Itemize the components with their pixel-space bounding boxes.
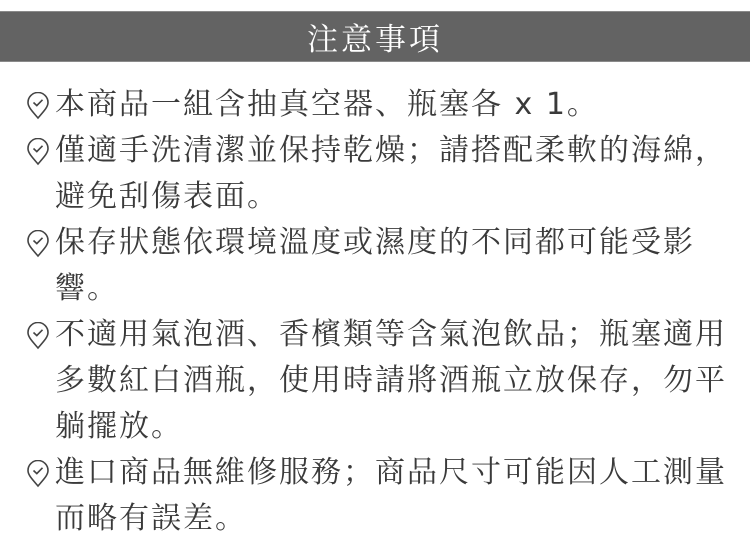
notes-list: 本商品一組含抽真空器、瓶塞各 x 1。 僅適手洗清潔並保持乾燥；請搭配柔軟的海綿…: [0, 82, 750, 542]
note-item: 不適用氣泡酒、香檳類等含氣泡飲品；瓶塞適用多數紅白酒瓶，使用時請將酒瓶立放保存，…: [0, 312, 735, 450]
map-pin-check-icon: [25, 138, 51, 166]
note-item: 僅適手洗清潔並保持乾燥；請搭配柔軟的海綿，避免刮傷表面。: [0, 128, 735, 220]
map-pin-check-icon: [25, 322, 51, 350]
header-bar: 注意事項: [0, 11, 750, 62]
note-text: 不適用氣泡酒、香檳類等含氣泡飲品；瓶塞適用多數紅白酒瓶，使用時請將酒瓶立放保存，…: [55, 317, 727, 444]
note-text: 本商品一組含抽真空器、瓶塞各 x 1。: [55, 87, 599, 122]
note-item: 保存狀態依環境溫度或濕度的不同都可能受影響。: [0, 220, 735, 312]
map-pin-check-icon: [25, 92, 51, 120]
note-text: 保存狀態依環境溫度或濕度的不同都可能受影響。: [55, 225, 695, 306]
map-pin-check-icon: [25, 460, 51, 488]
page-title: 注意事項: [307, 14, 443, 59]
note-text: 進口商品無維修服務；商品尺寸可能因人工測量而略有誤差。: [55, 455, 727, 536]
map-pin-check-icon: [25, 230, 51, 258]
note-text: 僅適手洗清潔並保持乾燥；請搭配柔軟的海綿，避免刮傷表面。: [55, 133, 727, 214]
note-item: 進口商品無維修服務；商品尺寸可能因人工測量而略有誤差。: [0, 450, 735, 542]
note-item: 本商品一組含抽真空器、瓶塞各 x 1。: [0, 82, 735, 128]
